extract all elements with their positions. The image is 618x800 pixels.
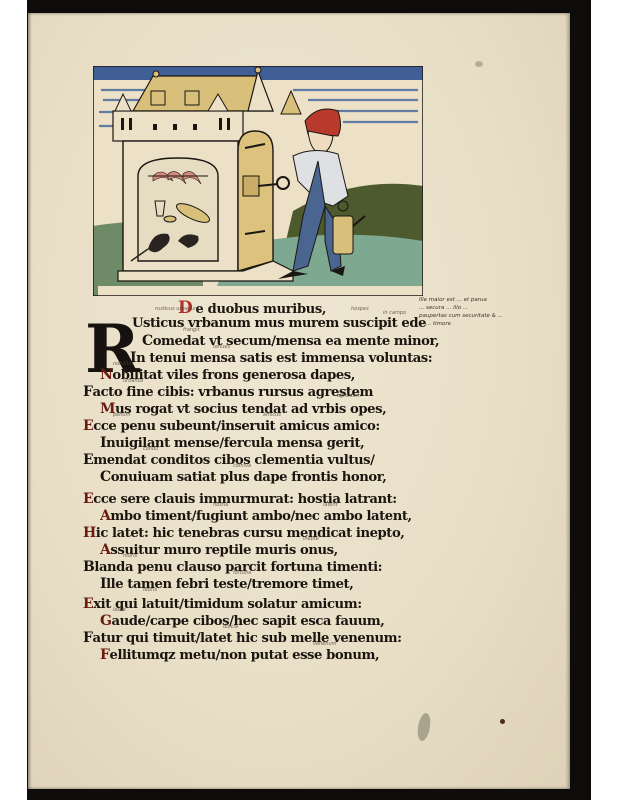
interlinear-gloss: latent — [323, 502, 338, 508]
interlinear-gloss: penum — [113, 412, 130, 418]
interlinear-gloss: in campo — [383, 310, 406, 316]
pantry-scene-image — [93, 66, 423, 296]
ink-spot — [500, 719, 505, 724]
interlinear-gloss: venenum — [313, 641, 337, 647]
fable-heading: De duobus muribus, — [178, 298, 326, 318]
verse-line: Usticus vrbanum mus murem suscipit ede — [132, 316, 426, 331]
interlinear-gloss: dulcia — [223, 624, 238, 630]
interlinear-gloss: urbanus — [123, 378, 143, 384]
interlinear-gloss: tenues — [213, 344, 230, 350]
verse-line: Ecce sere clauis immurmurat: hostia latr… — [83, 491, 397, 507]
marginal-note-line: ... secura ... illo ... — [419, 304, 569, 312]
interlinear-gloss: nobilitat — [113, 361, 134, 367]
paper-mark — [475, 61, 483, 67]
interlinear-gloss: hospes — [351, 306, 369, 312]
verse-line: Fellitumqz metu/non putat esse bonum, — [100, 647, 379, 663]
verse-line: Comedat vt secum/mensa ea mente minor, — [142, 333, 439, 349]
interlinear-gloss: hostia — [213, 502, 228, 508]
verse-line: Mus rogat vt socius tendat ad vrbis opes… — [100, 401, 386, 417]
verse-line: Ambo timent/fugiunt ambo/nec ambo latent… — [100, 508, 412, 524]
interlinear-gloss: muris — [123, 553, 137, 559]
interlinear-gloss: frangit — [183, 327, 200, 333]
interlinear-gloss: fortuna — [233, 570, 251, 576]
interlinear-gloss: amicus — [263, 412, 281, 418]
verse-line: Facto fine cibis: vrbanus rursus agreste… — [83, 384, 373, 400]
heading-text: e duobus muribus, — [195, 302, 326, 317]
woodcut-illustration — [93, 66, 423, 296]
verse-line: Emendat conditos cibos clementia vultus/ — [83, 452, 374, 468]
interlinear-gloss: febris — [143, 587, 157, 593]
marginal-note-line: paupertas cum securitate & ... — [419, 312, 569, 320]
verse-line: Inuigilant mense/fercula mensa gerit, — [100, 435, 364, 451]
interlinear-gloss: inepte — [303, 536, 319, 542]
verse-line: Hic latet: hic tenebras cursu mendicat i… — [83, 525, 404, 541]
manuscript-page: Ille maior est ... et parua ... secura .… — [28, 13, 570, 789]
verse-line: Fatur qui timuit/latet hic sub melle ven… — [83, 630, 402, 646]
marginal-note-line: Ille maior est ... et parua — [419, 296, 569, 304]
paper-stain — [415, 712, 434, 742]
interlinear-gloss: comiva — [233, 463, 251, 469]
marginal-note-line: ... ... timore — [419, 320, 569, 328]
verse-line: Conuiuam satiat plus dape frontis honor, — [100, 469, 386, 485]
interlinear-gloss: condit — [143, 446, 159, 452]
interlinear-gloss: agrestem — [337, 393, 361, 399]
verse-line: Ecce penu subeunt/inseruit amicus amico: — [83, 418, 380, 434]
interlinear-gloss: rusticus urbanum — [155, 306, 199, 312]
marginal-annotation: Ille maior est ... et parua ... secura .… — [419, 296, 569, 328]
verse-line: Ille tamen febri teste/tremore timet, — [100, 576, 353, 592]
verse-line: Gaude/carpe cibos/hec sapit esca fauum, — [100, 613, 384, 629]
verse-line: In tenui mensa satis est immensa volunta… — [130, 350, 432, 366]
interlinear-gloss: latuit — [113, 607, 126, 613]
